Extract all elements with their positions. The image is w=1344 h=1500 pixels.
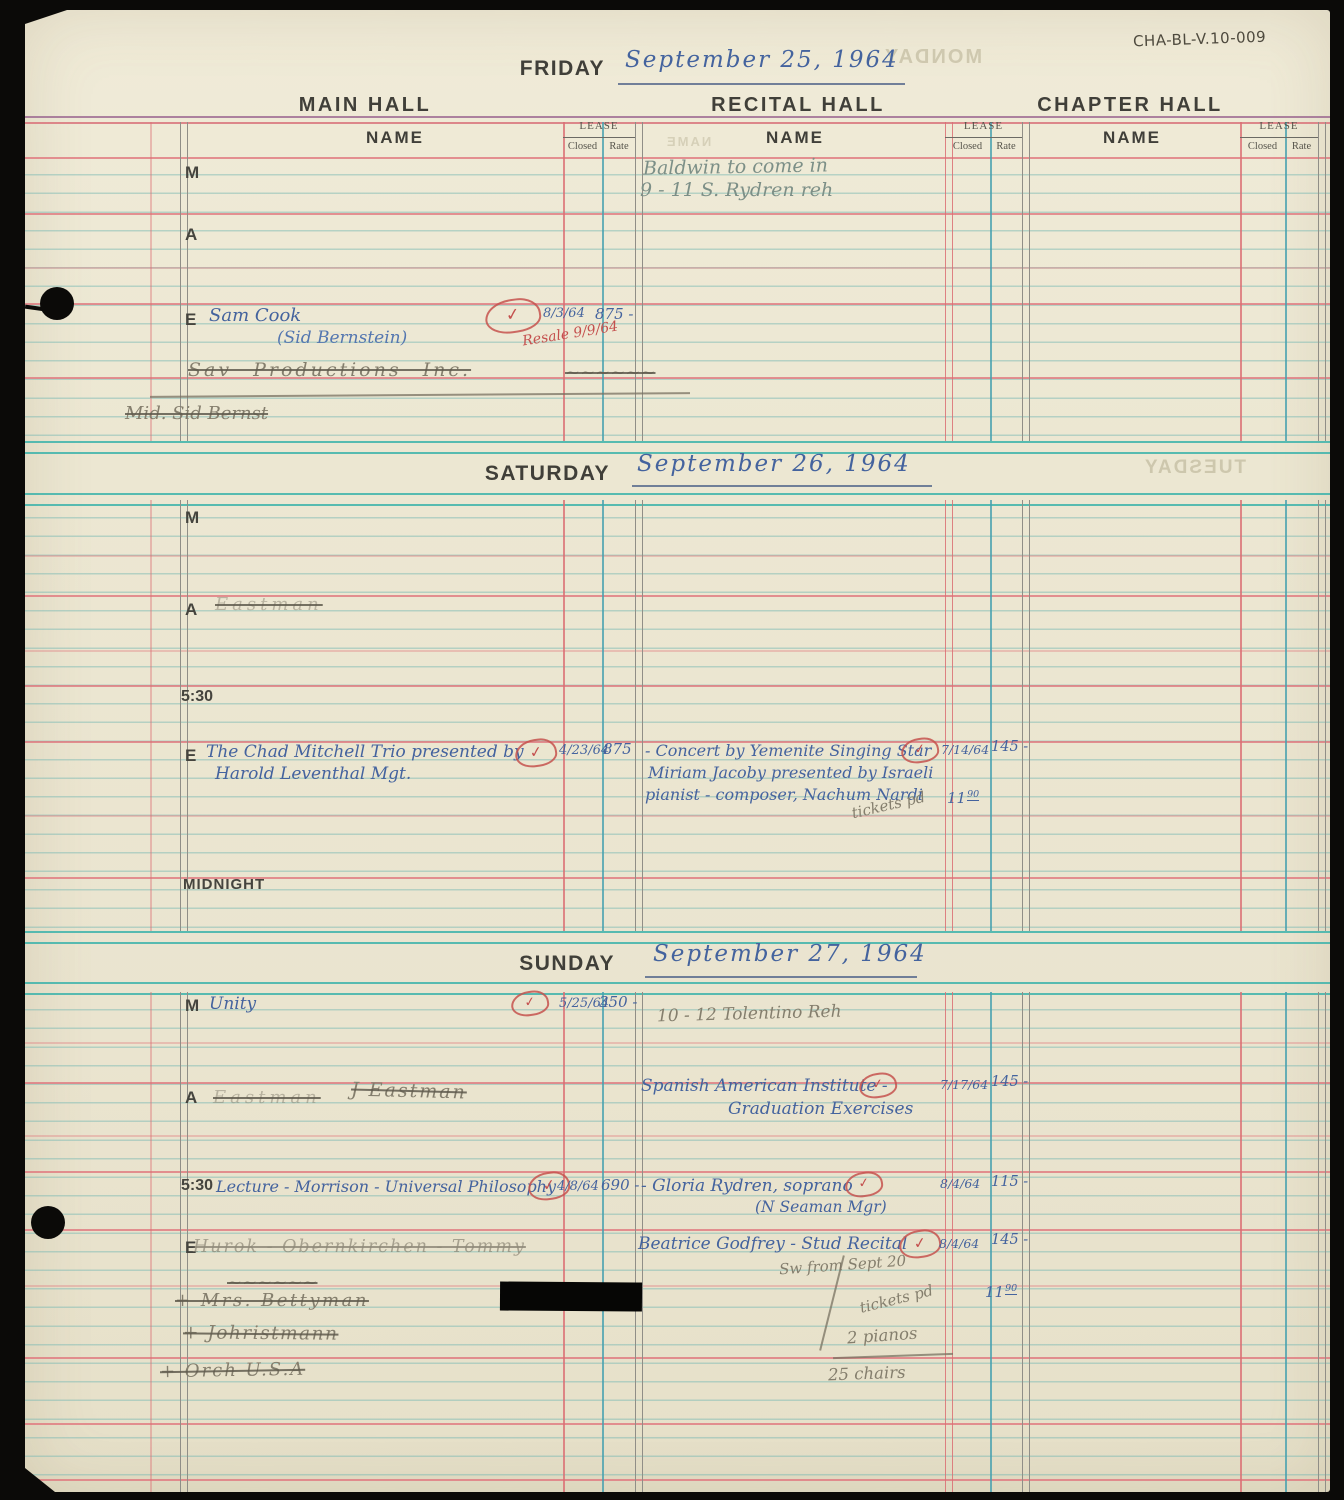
grid-line — [1318, 122, 1326, 441]
closed-date: 8/4/64 — [939, 1236, 979, 1251]
grid-line — [1285, 992, 1287, 1492]
row-label-e: E — [185, 310, 196, 330]
closed-date: 8/3/64 — [543, 306, 585, 322]
note-chairs: 25 chairs — [828, 1363, 906, 1386]
hall-title-main: MAIN HALL — [230, 94, 500, 117]
entry-baldwin-note: Baldwin to come in — [643, 154, 828, 180]
hole-punch — [40, 287, 74, 320]
row-label-m: M — [185, 163, 199, 183]
redaction-box — [500, 1282, 642, 1312]
crossed-margin-note: Mid. Sid Bernst — [125, 403, 268, 425]
entry-agent: (Sid Bernstein) — [277, 328, 407, 349]
hole-punch — [31, 1206, 65, 1239]
grid-line — [1022, 122, 1030, 441]
rate-header-chapter: Rate — [1285, 141, 1318, 152]
grid-line — [990, 500, 992, 931]
closed-date: 8/4/64 — [940, 1176, 980, 1191]
entry-baldwin-note: 9 - 11 S. Rydren reh — [640, 179, 833, 202]
amount-dollars: 11 — [985, 1283, 1004, 1301]
grid-line — [150, 122, 152, 441]
grid-line — [602, 500, 604, 931]
date-underline — [632, 485, 932, 487]
amount-value: 1190 — [947, 788, 979, 807]
ledger-code: CHA-BL-V.10-009 — [1133, 28, 1267, 51]
lease-underline — [563, 137, 635, 138]
grid-line — [1285, 500, 1287, 931]
grid-line — [635, 500, 643, 931]
hall-title-recital: RECITAL HALL — [643, 94, 953, 117]
scribble: ~~~~~~ — [565, 362, 656, 384]
closed-date: 4/23/64 — [559, 743, 609, 759]
day-title-sunday: SUNDAY — [415, 952, 615, 976]
row-label-midnight: MIDNIGHT — [183, 876, 265, 893]
entry-chad-mitchell: The Chad Mitchell Trio presented by — [206, 742, 524, 763]
crossed-entry: + Mrs. Bettyman — [175, 1290, 369, 1312]
row-label-530: 5:30 — [181, 1177, 213, 1195]
paper-corner-shadow — [25, 10, 67, 24]
day-title-saturday: SATURDAY — [395, 462, 610, 486]
crossed-entry: Hurok - Obernkirchen - Tommy — [193, 1237, 526, 1258]
rate-value: 145 - — [991, 1074, 1028, 1092]
date-handwritten-sunday: September 27, 1964 — [653, 940, 927, 968]
entry-chad-mitchell: Harold Leventhal Mgt. — [215, 764, 411, 785]
lease-header-main: LEASE — [563, 120, 635, 132]
grid-line — [180, 500, 188, 931]
ghost-text: TUESDAY — [1143, 457, 1246, 479]
rate-value: 875 — [603, 740, 632, 758]
amount-cents: 90 — [967, 789, 979, 801]
grid-line — [945, 500, 953, 931]
closed-date: 7/14/64 — [941, 742, 989, 757]
date-handwritten-saturday: September 26, 1964 — [637, 450, 911, 478]
rate-value: 145 - — [991, 1232, 1028, 1250]
grid-line — [563, 992, 565, 1492]
row-label-m: M — [185, 996, 199, 1016]
rate-value: 115 - — [991, 1174, 1028, 1192]
entry-sam-cook: Sam Cook — [209, 305, 301, 327]
grid-line — [150, 992, 152, 1492]
crossed-entry: Eastman — [215, 594, 323, 616]
row-label-m: M — [185, 508, 199, 528]
lease-header-recital: LEASE — [945, 120, 1022, 132]
row-label-e: E — [185, 746, 196, 766]
crossed-entry: + Orch U.S.A — [160, 1359, 306, 1383]
day-title-friday: FRIDAY — [405, 57, 605, 81]
closed-header-recital: Closed — [945, 141, 990, 152]
paper-corner-shadow — [25, 1468, 55, 1492]
lease-header-chapter: LEASE — [1240, 120, 1318, 132]
grid-line — [1318, 992, 1326, 1492]
grid-line — [1240, 992, 1242, 1492]
entry-spanish-american: Spanish American Institute - — [641, 1076, 888, 1097]
row-label-530: 5:30 — [181, 688, 213, 706]
col-header-name-chapter: NAME — [1027, 128, 1237, 148]
date-handwritten-friday: September 25, 1964 — [625, 46, 899, 74]
entry-yemenite-concert: - Concert by Yemenite Singing Star — [645, 741, 931, 761]
closed-header-main: Closed — [563, 141, 602, 152]
amount-value: 1190 — [985, 1282, 1017, 1301]
closed-header-chapter: Closed — [1240, 141, 1285, 152]
grid-line — [602, 992, 604, 1492]
rate-header-recital: Rate — [990, 141, 1022, 152]
col-header-name-recital: NAME — [645, 128, 945, 148]
grid-line — [1240, 122, 1242, 441]
entry-unity: Unity — [209, 994, 256, 1015]
hall-title-chapter: CHAPTER HALL — [1010, 94, 1250, 117]
rate-value: 350 - — [599, 993, 637, 1011]
rate-value: 145 - — [991, 739, 1028, 757]
col-header-name-main: NAME — [230, 128, 560, 148]
entry-yemenite-concert: Miriam Jacoby presented by Israeli — [648, 763, 933, 783]
crossed-entry: Sav Productions Inc. — [188, 359, 471, 382]
entry-gloria-rydren: - Gloria Rydren, soprano — [641, 1176, 853, 1197]
ledger-scan-page: { "page": { "code": "CHA-BL-V.10-009" },… — [0, 0, 1344, 1500]
grid-line — [945, 122, 953, 441]
amount-cents: 90 — [1005, 1283, 1017, 1295]
rate-header-main: Rate — [603, 141, 635, 152]
crossed-entry: Eastman — [213, 1087, 321, 1109]
grid-line — [990, 122, 992, 441]
grid-columns-saturday — [25, 500, 1330, 931]
grid-line — [1318, 500, 1326, 931]
closed-date: 4/8/64 — [557, 1179, 599, 1195]
entry-gloria-rydren: (N Seaman Mgr) — [755, 1198, 887, 1217]
entry-beatrice-godfrey: Beatrice Godfrey - Stud Recital — [638, 1234, 907, 1255]
grid-line — [563, 500, 565, 931]
lease-underline — [945, 137, 1022, 138]
rate-value: 690 - — [601, 1176, 639, 1194]
amount-dollars: 11 — [947, 789, 966, 807]
grid-line — [1240, 500, 1242, 931]
row-label-a: A — [185, 1088, 197, 1108]
closed-date: 7/17/64 — [940, 1077, 988, 1092]
grid-line — [150, 500, 152, 931]
crossed-entry: J Eastman — [351, 1078, 467, 1104]
grid-line — [1285, 122, 1287, 441]
date-underline — [618, 83, 905, 85]
entry-spanish-american: Graduation Exercises — [728, 1099, 913, 1120]
ledger-paper: MONDAY TUESDAY NAME CHA-BL-V.10-009 FRID… — [25, 10, 1330, 1492]
date-underline — [645, 976, 917, 978]
entry-lecture-morrison: Lecture - Morrison - Universal Philosoph… — [216, 1177, 556, 1197]
crossed-entry: + Johristmann — [183, 1322, 339, 1346]
grid-line — [1022, 500, 1030, 931]
row-label-a: A — [185, 600, 197, 620]
lease-underline — [1240, 137, 1318, 138]
row-label-a: A — [185, 225, 197, 245]
